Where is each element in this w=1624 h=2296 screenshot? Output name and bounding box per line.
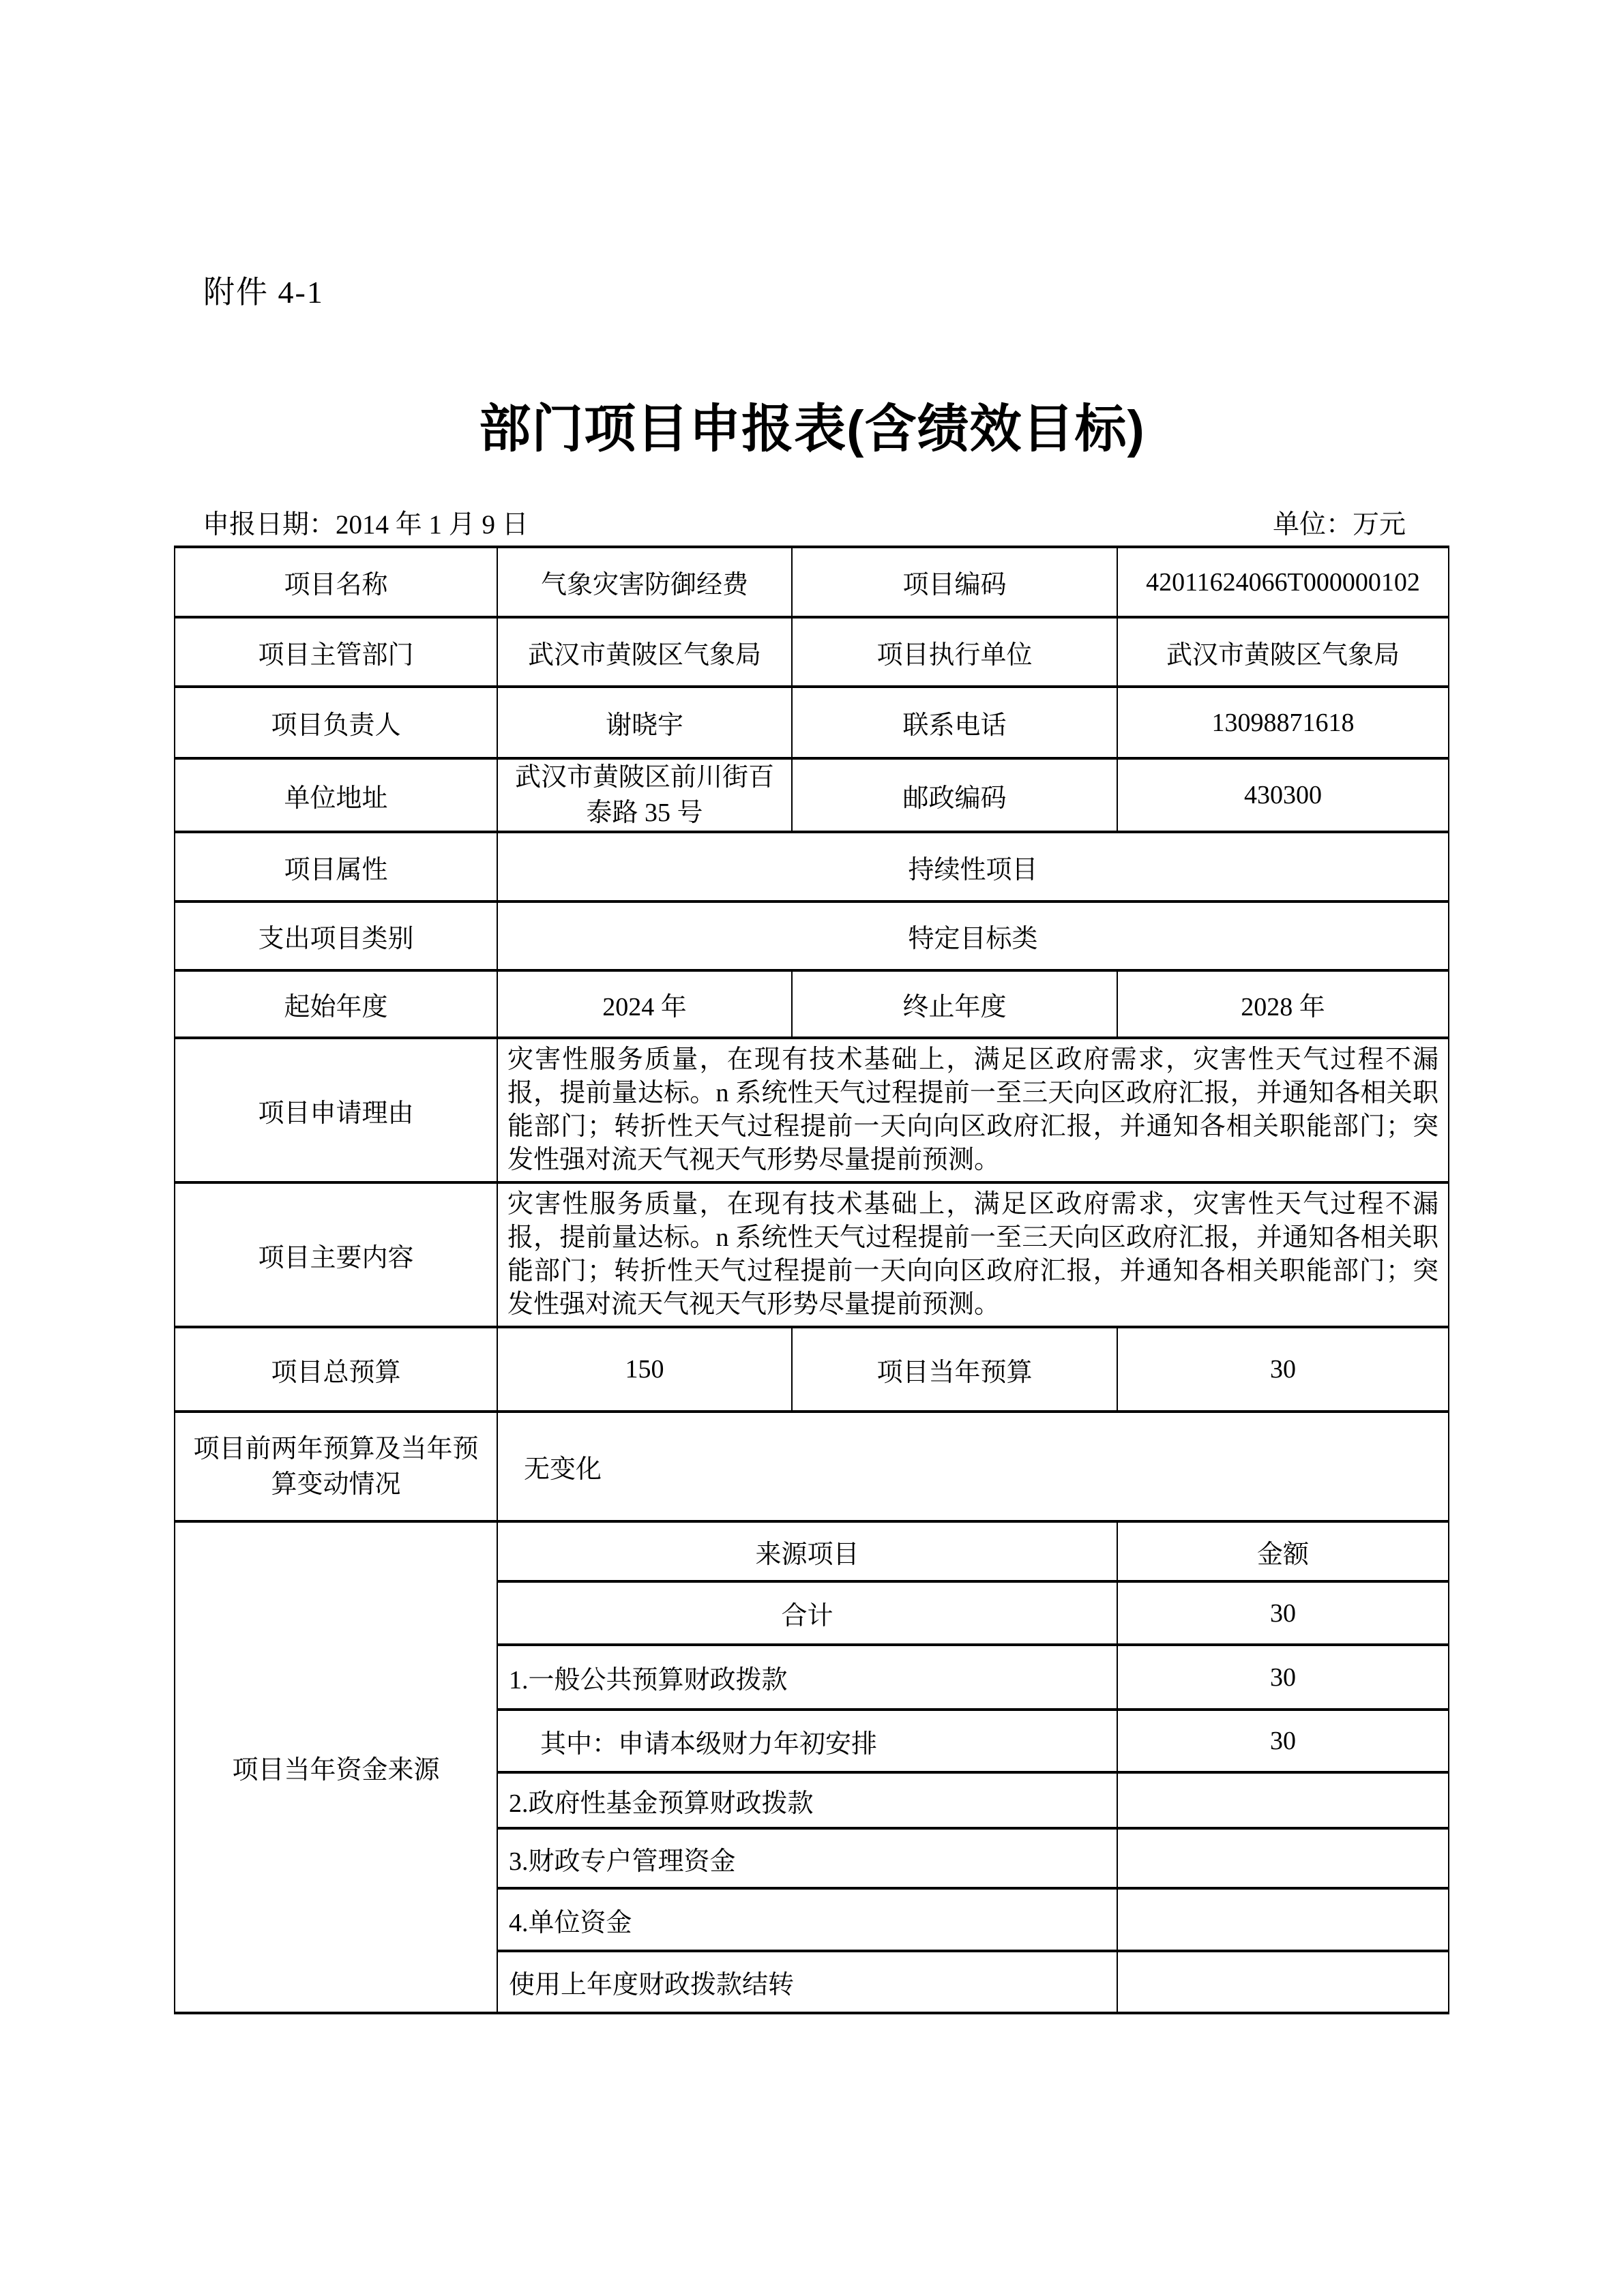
application-reason-value: 灾害性服务质量，在现有技术基础上，满足区政府需求，灾害性天气过程不漏报，提前量达…	[497, 1038, 1449, 1182]
executing-unit-value: 武汉市黄陂区气象局	[1117, 617, 1449, 687]
unit-of-measure: 单位：万元	[1273, 503, 1448, 541]
funding-item-carryover-prev-year-amount	[1117, 1951, 1449, 2013]
expenditure-category-label: 支出项目类别	[175, 901, 497, 970]
main-content-value: 灾害性服务质量，在现有技术基础上，满足区政府需求，灾害性天气过程不漏报，提前量达…	[497, 1182, 1449, 1327]
competent-dept-value: 武汉市黄陂区气象局	[497, 617, 792, 687]
total-budget-label: 项目总预算	[175, 1327, 497, 1412]
end-year-value: 2028 年	[1117, 970, 1449, 1038]
contact-phone-label: 联系电话	[792, 687, 1117, 758]
funding-item-fiscal-special-account: 3.财政专户管理资金	[497, 1828, 1117, 1888]
table-row: 项目属性 持续性项目	[175, 832, 1449, 901]
funding-item-government-fund-budget: 2.政府性基金预算财政拨款	[497, 1772, 1117, 1828]
project-name-value: 气象灾害防御经费	[497, 547, 792, 617]
table-row: 项目主管部门 武汉市黄陂区气象局 项目执行单位 武汉市黄陂区气象局	[175, 617, 1449, 687]
funding-item-local-fiscal-arrangement: 其中：申请本级财力年初安排	[497, 1710, 1117, 1772]
project-attribute-label: 项目属性	[175, 832, 497, 901]
table-row: 项目负责人 谢晓宇 联系电话 13098871618	[175, 687, 1449, 758]
funding-item-government-fund-budget-amount	[1117, 1772, 1449, 1828]
project-attribute-value: 持续性项目	[497, 832, 1449, 901]
unit-address-label: 单位地址	[175, 758, 497, 832]
end-year-label: 终止年度	[792, 970, 1117, 1038]
competent-dept-label: 项目主管部门	[175, 617, 497, 687]
contact-phone-value: 13098871618	[1117, 687, 1449, 758]
funding-item-unit-funds-amount	[1117, 1888, 1449, 1951]
funding-item-local-fiscal-arrangement-amount: 30	[1117, 1710, 1449, 1772]
executing-unit-label: 项目执行单位	[792, 617, 1117, 687]
current-year-budget-value: 30	[1117, 1327, 1449, 1412]
declaration-date: 申报日期：2014 年 1 月 9 日	[174, 503, 529, 541]
page-title: 部门项目申报表(含绩效目标)	[0, 387, 1624, 462]
table-row: 项目总预算 150 项目当年预算 30	[175, 1327, 1449, 1412]
funding-item-fiscal-special-account-amount	[1117, 1828, 1449, 1888]
table-row: 项目申请理由 灾害性服务质量，在现有技术基础上，满足区政府需求，灾害性天气过程不…	[175, 1038, 1449, 1182]
funding-item-general-public-budget: 1.一般公共预算财政拨款	[497, 1645, 1117, 1710]
table-row: 项目名称 气象灾害防御经费 项目编码 42011624066T000000102	[175, 547, 1449, 617]
document-page: 附件 4-1 部门项目申报表(含绩效目标) 申报日期：2014 年 1 月 9 …	[0, 0, 1624, 2296]
funding-item-carryover-prev-year: 使用上年度财政拨款结转	[497, 1951, 1117, 2013]
application-form-table: 项目名称 气象灾害防御经费 项目编码 42011624066T000000102…	[174, 546, 1449, 2014]
main-content-label: 项目主要内容	[175, 1182, 497, 1327]
table-row: 起始年度 2024 年 终止年度 2028 年	[175, 970, 1449, 1038]
project-code-label: 项目编码	[792, 547, 1117, 617]
unit-address-value: 武汉市黄陂区前川街百泰路 35 号	[497, 758, 792, 832]
funding-source-section-label: 项目当年资金来源	[175, 1521, 497, 2013]
funding-total-label: 合计	[497, 1581, 1117, 1645]
table-row: 项目当年资金来源 来源项目 金额	[175, 1521, 1449, 1581]
table-row: 单位地址 武汉市黄陂区前川街百泰路 35 号 邮政编码 430300	[175, 758, 1449, 832]
project-leader-value: 谢晓宇	[497, 687, 792, 758]
start-year-value: 2024 年	[497, 970, 792, 1038]
table-row: 支出项目类别 特定目标类	[175, 901, 1449, 970]
postal-code-value: 430300	[1117, 758, 1449, 832]
table-row: 项目前两年预算及当年预算变动情况 无变化	[175, 1412, 1449, 1521]
funding-item-general-public-budget-amount: 30	[1117, 1645, 1449, 1710]
prev-budget-change-label: 项目前两年预算及当年预算变动情况	[175, 1412, 497, 1521]
start-year-label: 起始年度	[175, 970, 497, 1038]
table-row: 项目主要内容 灾害性服务质量，在现有技术基础上，满足区政府需求，灾害性天气过程不…	[175, 1182, 1449, 1327]
funding-total-amount: 30	[1117, 1581, 1449, 1645]
attachment-label: 附件 4-1	[203, 267, 324, 312]
current-year-budget-label: 项目当年预算	[792, 1327, 1117, 1412]
prev-budget-change-value: 无变化	[497, 1412, 1449, 1521]
project-name-label: 项目名称	[175, 547, 497, 617]
funding-item-unit-funds: 4.单位资金	[497, 1888, 1117, 1951]
expenditure-category-value: 特定目标类	[497, 901, 1449, 970]
application-reason-label: 项目申请理由	[175, 1038, 497, 1182]
project-code-value: 42011624066T000000102	[1117, 547, 1449, 617]
project-leader-label: 项目负责人	[175, 687, 497, 758]
postal-code-label: 邮政编码	[792, 758, 1117, 832]
funding-column-amount: 金额	[1117, 1521, 1449, 1581]
meta-row: 申报日期：2014 年 1 月 9 日 单位：万元	[174, 503, 1448, 541]
total-budget-value: 150	[497, 1327, 792, 1412]
funding-column-source: 来源项目	[497, 1521, 1117, 1581]
